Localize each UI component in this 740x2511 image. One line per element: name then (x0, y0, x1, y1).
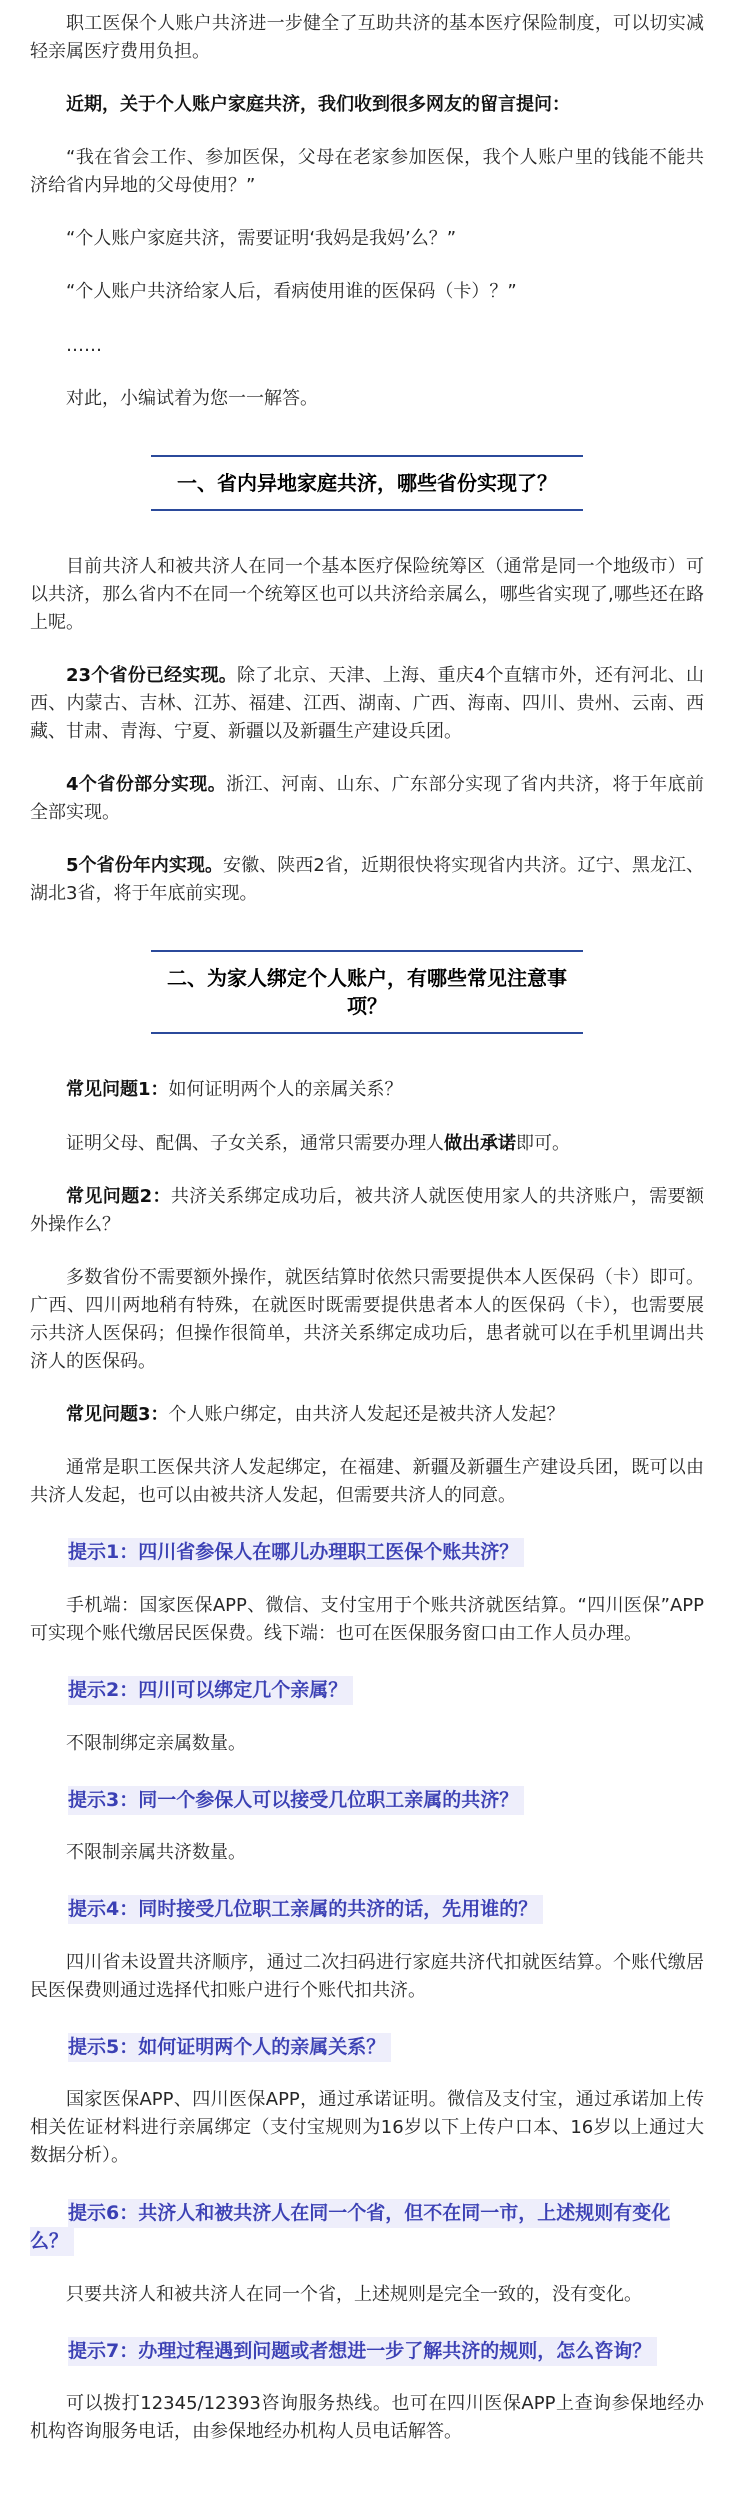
text-segment: …… (66, 335, 102, 356)
paragraph: 常见问题1：如何证明两个人的亲属关系？ (30, 1076, 704, 1104)
bold-segment: 常见问题3： (66, 1404, 169, 1425)
article-page: 职工医保个人账户共济进一步健全了互助共济的基本医疗保险制度，可以切实减轻亲属医疗… (0, 0, 740, 2511)
tip-heading-text: 提示6：共济人和被共济人在同一个省，但不在同一市，上述规则有变化么？ (30, 2199, 670, 2257)
tip-heading: 提示3：同一个参保人可以接受几位职工亲属的共济？ (30, 1786, 704, 1815)
paragraph: 通常是职工医保共济人发起绑定，在福建、新疆及新疆生产建设兵团，既可以由共济人发起… (30, 1454, 704, 1510)
bold-segment: 4个省份部分实现。 (66, 774, 226, 795)
paragraph: 近期，关于个人账户家庭共济，我们收到很多网友的留言提问： (30, 91, 704, 119)
paragraph: 证明父母、配偶、子女关系，通常只需要办理人做出承诺即可。 (30, 1130, 704, 1158)
tip-heading-text: 提示4：同时接受几位职工亲属的共济的话，先用谁的？ (68, 1895, 543, 1924)
paragraph: “个人账户家庭共济，需要证明‘我妈是我妈’么？” (30, 225, 704, 253)
text-segment: 可以拨打12345/12393咨询服务热线。也可在四川医保APP上查询参保地经办… (30, 2393, 704, 2442)
text-segment: “个人账户家庭共济，需要证明‘我妈是我妈’么？” (66, 228, 456, 249)
text-segment: 通常是职工医保共济人发起绑定，在福建、新疆及新疆生产建设兵团，既可以由共济人发起… (30, 1457, 704, 1506)
paragraph: …… (30, 332, 704, 360)
tip-heading: 提示2：四川可以绑定几个亲属？ (30, 1676, 704, 1705)
bold-segment: 做出承诺 (444, 1133, 516, 1154)
text-segment: 只要共济人和被共济人在同一个省，上述规则是完全一致的，没有变化。 (66, 2284, 642, 2305)
tip-heading-text: 提示3：同一个参保人可以接受几位职工亲属的共济？ (68, 1786, 524, 1815)
text-segment: 如何证明两个人的亲属关系？ (169, 1079, 403, 1100)
paragraph: 5个省份年内实现。安徽、陕西2省，近期很快将实现省内共济。辽宁、黑龙江、湖北3省… (30, 852, 704, 908)
paragraph: 常见问题3：个人账户绑定，由共济人发起还是被共济人发起？ (30, 1401, 704, 1429)
paragraph: 23个省份已经实现。除了北京、天津、上海、重庆4个直辖市外，还有河北、山西、内蒙… (30, 662, 704, 746)
paragraph: 对此，小编试着为您一一解答。 (30, 385, 704, 413)
text-segment: 目前共济人和被共济人在同一个基本医疗保险统筹区（通常是同一个地级市）可以共济，那… (30, 556, 704, 633)
tip-heading: 提示4：同时接受几位职工亲属的共济的话，先用谁的？ (30, 1895, 704, 1924)
tip-heading: 提示1：四川省参保人在哪儿办理职工医保个账共济？ (30, 1538, 704, 1567)
text-segment: “个人账户共济给家人后，看病使用谁的医保码（卡）？” (66, 281, 517, 302)
paragraph: 可以拨打12345/12393咨询服务热线。也可在四川医保APP上查询参保地经办… (30, 2390, 704, 2446)
paragraph: 国家医保APP、四川医保APP，通过承诺证明。微信及支付宝，通过承诺加上传相关佐… (30, 2086, 704, 2170)
section-heading: 一、省内异地家庭共济，哪些省份实现了？ (151, 455, 583, 511)
tip-heading-text: 提示5：如何证明两个人的亲属关系？ (68, 2033, 391, 2062)
text-segment: 职工医保个人账户共济进一步健全了互助共济的基本医疗保险制度，可以切实减轻亲属医疗… (30, 13, 704, 62)
paragraph: 只要共济人和被共济人在同一个省，上述规则是完全一致的，没有变化。 (30, 2281, 704, 2309)
bold-segment: 常见问题1： (66, 1079, 169, 1100)
bold-segment: 23个省份已经实现。 (66, 665, 237, 686)
bold-segment: 常见问题2： (66, 1186, 171, 1207)
tip-heading: 提示7：办理过程遇到问题或者想进一步了解共济的规则，怎么咨询？ (30, 2337, 704, 2366)
text-segment: 证明父母、配偶、子女关系，通常只需要办理人 (66, 1133, 444, 1154)
tip-heading-text: 提示7：办理过程遇到问题或者想进一步了解共济的规则，怎么咨询？ (68, 2337, 657, 2366)
article-body: 职工医保个人账户共济进一步健全了互助共济的基本医疗保险制度，可以切实减轻亲属医疗… (30, 10, 704, 2446)
paragraph: 常见问题2：共济关系绑定成功后，被共济人就医使用家人的共济账户，需要额外操作么？ (30, 1183, 704, 1239)
paragraph: “我在省会工作、参加医保，父母在老家参加医保，我个人账户里的钱能不能共济给省内异… (30, 144, 704, 200)
paragraph: 不限制绑定亲属数量。 (30, 1730, 704, 1758)
bold-segment: 近期，关于个人账户家庭共济，我们收到很多网友的留言提问： (66, 94, 570, 115)
text-segment: 对此，小编试着为您一一解答。 (66, 388, 318, 409)
paragraph: 四川省未设置共济顺序，通过二次扫码进行家庭共济代扣就医结算。个账代缴居民医保费则… (30, 1949, 704, 2005)
text-segment: 多数省份不需要额外操作，就医结算时依然只需要提供本人医保码（卡）即可。广西、四川… (30, 1267, 704, 1372)
text-segment: 手机端：国家医保APP、微信、支付宝用于个账共济就医结算。“四川医保”APP可实… (30, 1595, 704, 1644)
paragraph: 职工医保个人账户共济进一步健全了互助共济的基本医疗保险制度，可以切实减轻亲属医疗… (30, 10, 704, 66)
bold-segment: 5个省份年内实现。 (66, 855, 223, 876)
paragraph: 不限制亲属共济数量。 (30, 1839, 704, 1867)
paragraph: 4个省份部分实现。浙江、河南、山东、广东部分实现了省内共济，将于年底前全部实现。 (30, 771, 704, 827)
paragraph: 目前共济人和被共济人在同一个基本医疗保险统筹区（通常是同一个地级市）可以共济，那… (30, 553, 704, 637)
text-segment: 不限制绑定亲属数量。 (66, 1733, 246, 1754)
text-segment: 个人账户绑定，由共济人发起还是被共济人发起？ (169, 1404, 565, 1425)
tip-heading-text: 提示1：四川省参保人在哪儿办理职工医保个账共济？ (68, 1538, 524, 1567)
text-segment: 国家医保APP、四川医保APP，通过承诺证明。微信及支付宝，通过承诺加上传相关佐… (30, 2089, 704, 2166)
paragraph: “个人账户共济给家人后，看病使用谁的医保码（卡）？” (30, 278, 704, 306)
text-segment: 不限制亲属共济数量。 (66, 1842, 246, 1863)
text-segment: 即可。 (516, 1133, 570, 1154)
tip-heading: 提示6：共济人和被共济人在同一个省，但不在同一市，上述规则有变化么？ (30, 2199, 704, 2256)
section-heading: 二、为家人绑定个人账户，有哪些常见注意事项？ (151, 950, 583, 1034)
tip-heading-text: 提示2：四川可以绑定几个亲属？ (68, 1676, 353, 1705)
tip-heading: 提示5：如何证明两个人的亲属关系？ (30, 2033, 704, 2062)
paragraph: 多数省份不需要额外操作，就医结算时依然只需要提供本人医保码（卡）即可。广西、四川… (30, 1264, 704, 1376)
paragraph: 手机端：国家医保APP、微信、支付宝用于个账共济就医结算。“四川医保”APP可实… (30, 1592, 704, 1648)
text-segment: 四川省未设置共济顺序，通过二次扫码进行家庭共济代扣就医结算。个账代缴居民医保费则… (30, 1952, 704, 2001)
text-segment: “我在省会工作、参加医保，父母在老家参加医保，我个人账户里的钱能不能共济给省内异… (30, 147, 704, 196)
